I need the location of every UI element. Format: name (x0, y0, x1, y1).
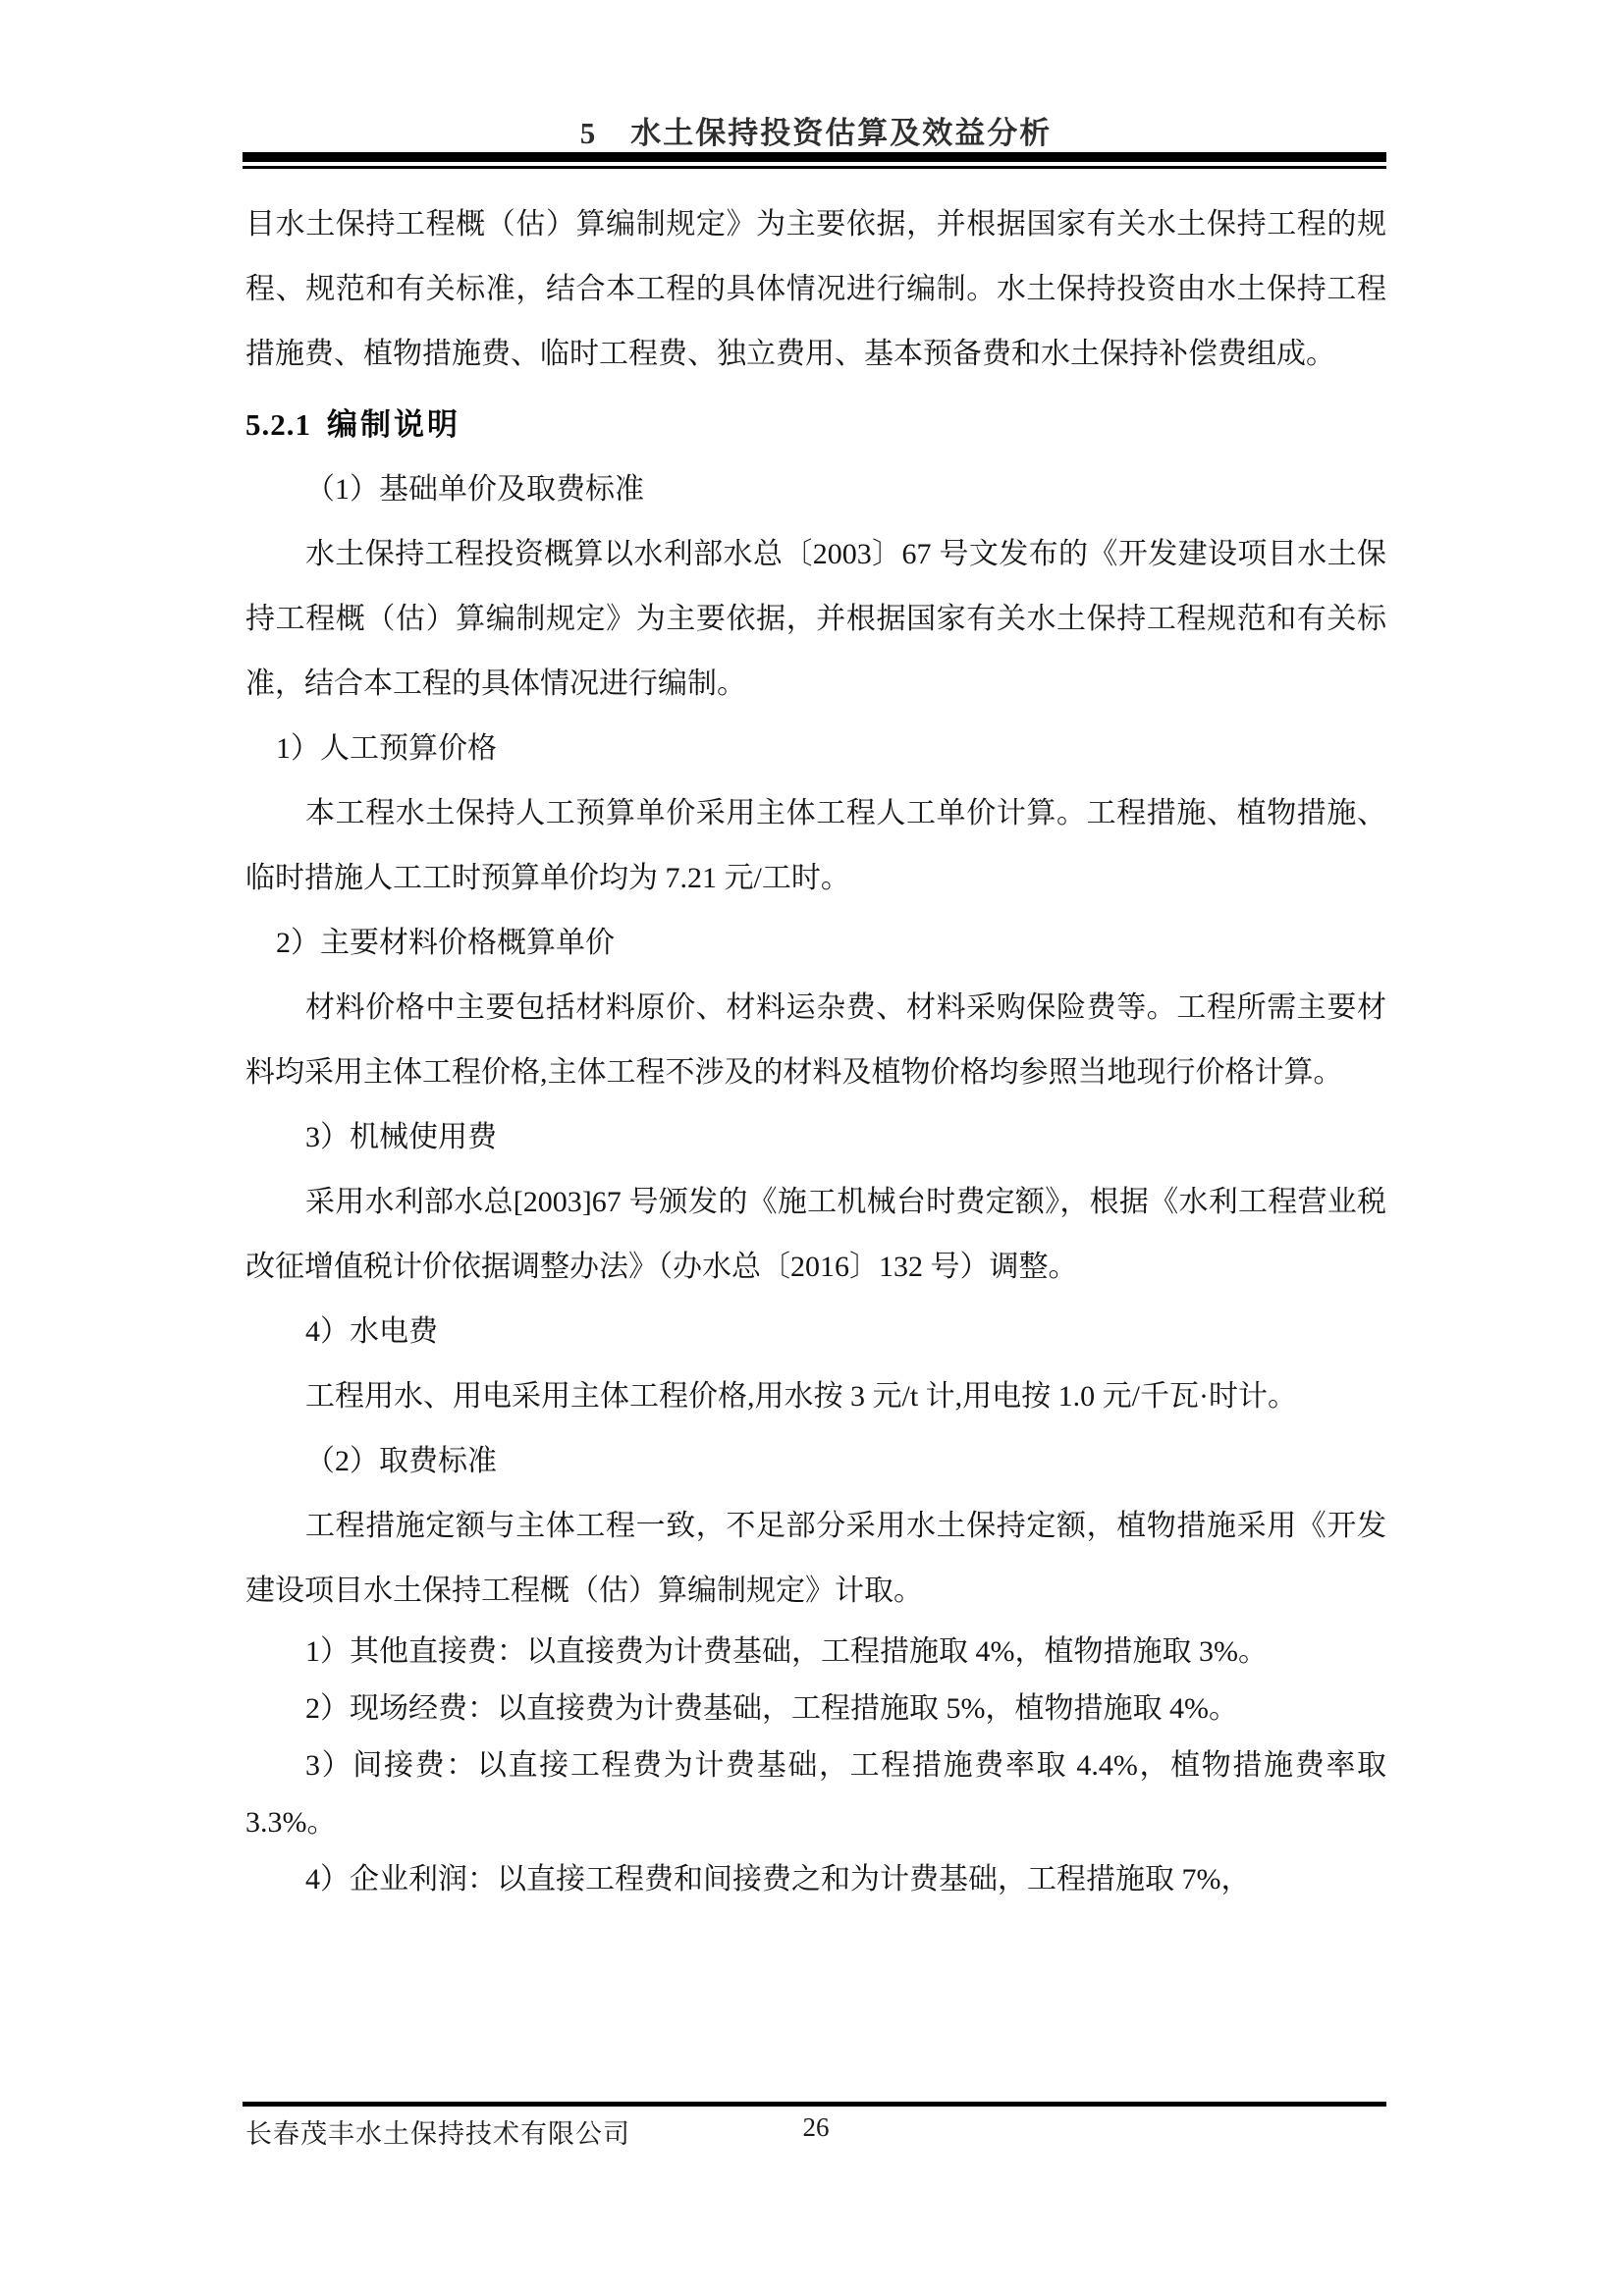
header-chapter-title: 水土保持投资估算及效益分析 (630, 116, 1052, 150)
footer-page-number: 26 (245, 2112, 1386, 2143)
body-paragraph: 采用水利部水总[2003]67 号颁发的《施工机械台时费定额》，根据《水利工程营… (245, 1170, 1386, 1300)
document-body: 目水土保持工程概（估）算编制规定》为主要依据，并根据国家有关水土保持工程的规程、… (245, 192, 1386, 1908)
header-divider (243, 152, 1386, 169)
body-paragraph: 工程措施定额与主体工程一致，不足部分采用水土保持定额，植物措施采用《开发建设项目… (245, 1494, 1386, 1624)
body-paragraph: 工程用水、用电采用主体工程价格,用水按 3 元/t 计,用电按 1.0 元/千瓦… (245, 1364, 1386, 1429)
header-chapter-number: 5 (580, 116, 598, 150)
header-divider-thin-line (243, 166, 1386, 169)
body-paragraph: 3）机械使用费 (245, 1105, 1386, 1170)
page-footer: 长春茂丰水土保持技术有限公司 26 (245, 2112, 1386, 2152)
body-paragraph: 本工程水土保持人工预算单价采用主体工程人工单价计算。工程措施、植物措施、临时措施… (245, 781, 1386, 911)
footer-divider (243, 2102, 1386, 2107)
body-paragraph: 4）水电费 (245, 1300, 1386, 1364)
section-heading-label: 编制说明 (327, 407, 460, 442)
list-item: 1）其他直接费：以直接费为计费基础，工程措施取 4%，植物措施取 3%。 (245, 1624, 1386, 1681)
document-page: 5水土保持投资估算及效益分析 目水土保持工程概（估）算编制规定》为主要依据，并根… (0, 0, 1624, 2296)
body-paragraph: 材料价格中主要包括材料原价、材料运杂费、材料采购保险费等。工程所需主要材料均采用… (245, 976, 1386, 1105)
section-heading: 5.2.1编制说明 (245, 393, 1386, 457)
body-paragraph: （1）基础单价及取费标准 (245, 457, 1386, 522)
body-paragraph: 目水土保持工程概（估）算编制规定》为主要依据，并根据国家有关水土保持工程的规程、… (245, 192, 1386, 387)
section-heading-number: 5.2.1 (245, 407, 311, 442)
body-paragraph: 2）主要材料价格概算单价 (245, 911, 1386, 976)
header-divider-thick-line (243, 152, 1386, 162)
body-paragraph: （2）取费标准 (245, 1429, 1386, 1494)
list-item: 4）企业利润：以直接工程费和间接费之和为计费基础，工程措施取 7%， (245, 1851, 1386, 1908)
body-paragraph: 1）人工预算价格 (245, 717, 1386, 781)
page-header: 5水土保持投资估算及效益分析 (245, 108, 1386, 152)
list-item: 2）现场经费：以直接费为计费基础，工程措施取 5%，植物措施取 4%。 (245, 1681, 1386, 1737)
body-paragraph: 水土保持工程投资概算以水利部水总〔2003〕67 号文发布的《开发建设项目水土保… (245, 522, 1386, 717)
list-item: 3）间接费：以直接工程费为计费基础，工程措施费率取 4.4%，植物措施费率取 3… (245, 1737, 1386, 1851)
